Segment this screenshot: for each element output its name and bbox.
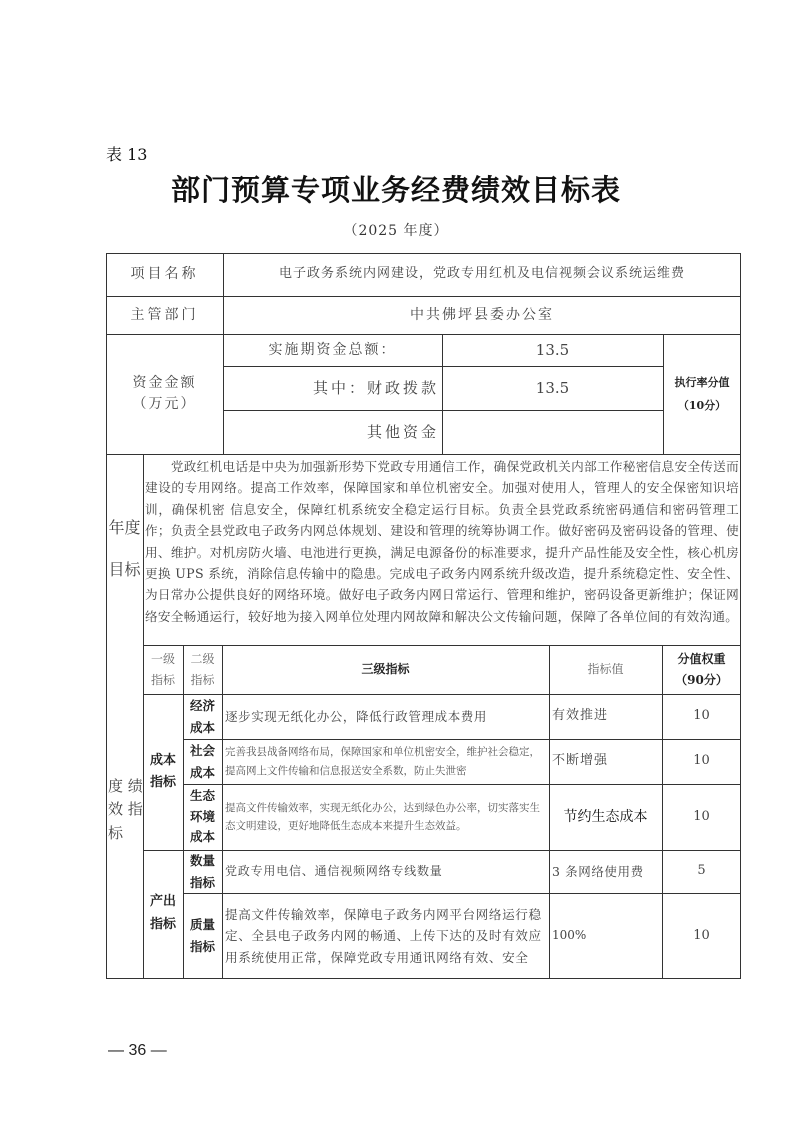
row-weight: 10 — [662, 784, 741, 850]
row-level3: 党政专用电信、通信视频网络专线数量 — [222, 850, 549, 893]
row-level3: 完善我县战备网络布局，保障国家和单位机密安全，维护社会稳定，提高网上文件传输和信… — [222, 739, 549, 784]
annual-goal-label-line1: 年度 — [108, 507, 140, 549]
row-value: 100% — [549, 893, 662, 979]
group-level1-output: 产出 指标 — [143, 850, 183, 979]
row-weight: 10 — [662, 739, 741, 784]
row-level3: 逐步实现无纸化办公，降低行政管理成本费用 — [222, 694, 549, 739]
header-level2: 二级 指标 — [183, 645, 222, 694]
funds-fiscal-value: 13.5 — [442, 366, 663, 410]
funds-fiscal-label: 其中：财政拨款 — [223, 366, 442, 410]
row-value: 有效推进 — [549, 694, 662, 739]
group-level1-cost: 成本 指标 — [143, 694, 183, 850]
project-name-value: 电子政务系统内网建设，党政专用红机及电信视频会议系统运维费 — [223, 253, 741, 296]
row-weight: 5 — [662, 850, 741, 893]
row-level2: 质量 指标 — [183, 893, 222, 979]
exec-score: 执行率分值 （10分） — [663, 334, 741, 454]
funds-total-label: 实施期资金总额： — [223, 334, 442, 366]
row-level2: 数量 指标 — [183, 850, 222, 893]
exec-score-line1: 执行率分值 — [675, 371, 730, 394]
project-name-label: 项目名称 — [106, 253, 223, 296]
header-weight: 分值权重 （90分） — [662, 645, 741, 694]
row-level2: 经济 成本 — [183, 694, 222, 739]
header-level1: 一级 指标 — [143, 645, 183, 694]
header-level3: 三级指标 — [222, 645, 549, 694]
performance-target-table: 项目名称 电子政务系统内网建设，党政专用红机及电信视频会议系统运维费 主管部门 … — [0, 0, 792, 1121]
annual-goal-label-line2: 目标 — [108, 549, 140, 591]
funds-total-value: 13.5 — [442, 334, 663, 366]
row-value: 3 条网络使用费 — [549, 850, 662, 893]
funds-label-line2: （万元） — [133, 394, 197, 415]
header-value: 指标值 — [549, 645, 662, 694]
row-level3: 提高文件传输效率，实现无纸化办公，达到绿色办公率，切实落实生态文明建设，更好地降… — [222, 784, 549, 850]
indicators-side-label: 度 绩 效 指 标 — [106, 760, 143, 860]
divider — [106, 454, 741, 455]
funds-other-value — [442, 410, 663, 454]
dept-value: 中共佛坪县委办公室 — [223, 296, 741, 334]
row-value: 节约生态成本 — [549, 784, 662, 850]
row-weight: 10 — [662, 694, 741, 739]
annual-goal-label: 年度 目标 — [106, 514, 143, 584]
funds-label: 资金金额 （万元） — [106, 334, 223, 454]
exec-score-line2: （10分） — [678, 394, 726, 417]
funds-label-line1: 资金金额 — [133, 373, 197, 394]
funds-other-label: 其他资金 — [223, 410, 442, 454]
dept-label: 主管部门 — [106, 296, 223, 334]
row-level3: 提高文件传输效率，保障电子政务内网平台网络运行稳定、全县电子政务内网的畅通、上传… — [222, 893, 549, 979]
row-weight: 10 — [662, 893, 741, 979]
annual-goal-text: 党政红机电话是中央为加强新形势下党政专用通信工作，确保党政机关内部工作秘密信息安… — [145, 456, 739, 627]
row-level2: 社会 成本 — [183, 739, 222, 784]
row-level2: 生态 环境 成本 — [183, 784, 222, 850]
row-value: 不断增强 — [549, 739, 662, 784]
page-number: — 36 — — [108, 1042, 167, 1060]
